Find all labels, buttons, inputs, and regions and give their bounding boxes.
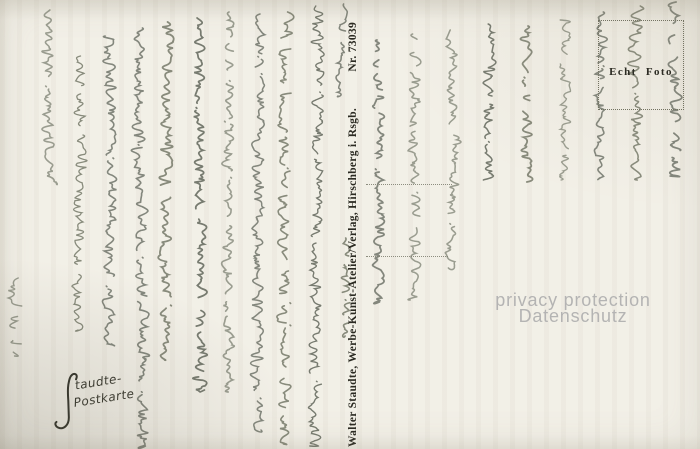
publisher-imprint: Walter Staudte, Werbe-Kunst-Atelier/Verl… bbox=[347, 22, 362, 447]
postcard-back: Echt Foto Walter Staudte, Werbe-Kunst-At… bbox=[0, 0, 700, 449]
handwriting-column bbox=[483, 24, 496, 180]
address-rule-2 bbox=[366, 256, 448, 257]
handwriting-column bbox=[520, 26, 532, 182]
card-number: Nr. 73039 bbox=[347, 22, 359, 72]
handwriting-column bbox=[250, 14, 264, 432]
handwriting-column bbox=[373, 40, 385, 304]
handwriting-column bbox=[408, 34, 421, 300]
echt-foto-label: Echt Foto bbox=[609, 66, 673, 78]
handwriting-column bbox=[222, 12, 235, 392]
handwriting-column bbox=[42, 10, 57, 185]
handwriting-column bbox=[277, 12, 294, 445]
publisher-name: Walter Staudte, Werbe-Kunst-Atelier/Verl… bbox=[347, 108, 359, 447]
brand-logo: taudte- Postkarte bbox=[46, 358, 164, 434]
address-rule-1 bbox=[366, 184, 452, 185]
handwriting-column bbox=[560, 20, 571, 180]
echt-foto-stamp-box: Echt Foto bbox=[598, 20, 684, 110]
handwriting-column bbox=[445, 30, 461, 270]
handwriting-column bbox=[308, 6, 324, 446]
handwriting-column bbox=[336, 4, 347, 97]
handwriting-column bbox=[8, 278, 21, 356]
handwriting-column bbox=[102, 36, 116, 346]
privacy-watermark: privacy protection Datenschutz bbox=[453, 292, 693, 324]
handwriting-column bbox=[72, 56, 87, 331]
handwriting-column bbox=[158, 22, 173, 360]
handwriting-column bbox=[193, 18, 207, 392]
watermark-line-2: Datenschutz bbox=[453, 308, 693, 324]
